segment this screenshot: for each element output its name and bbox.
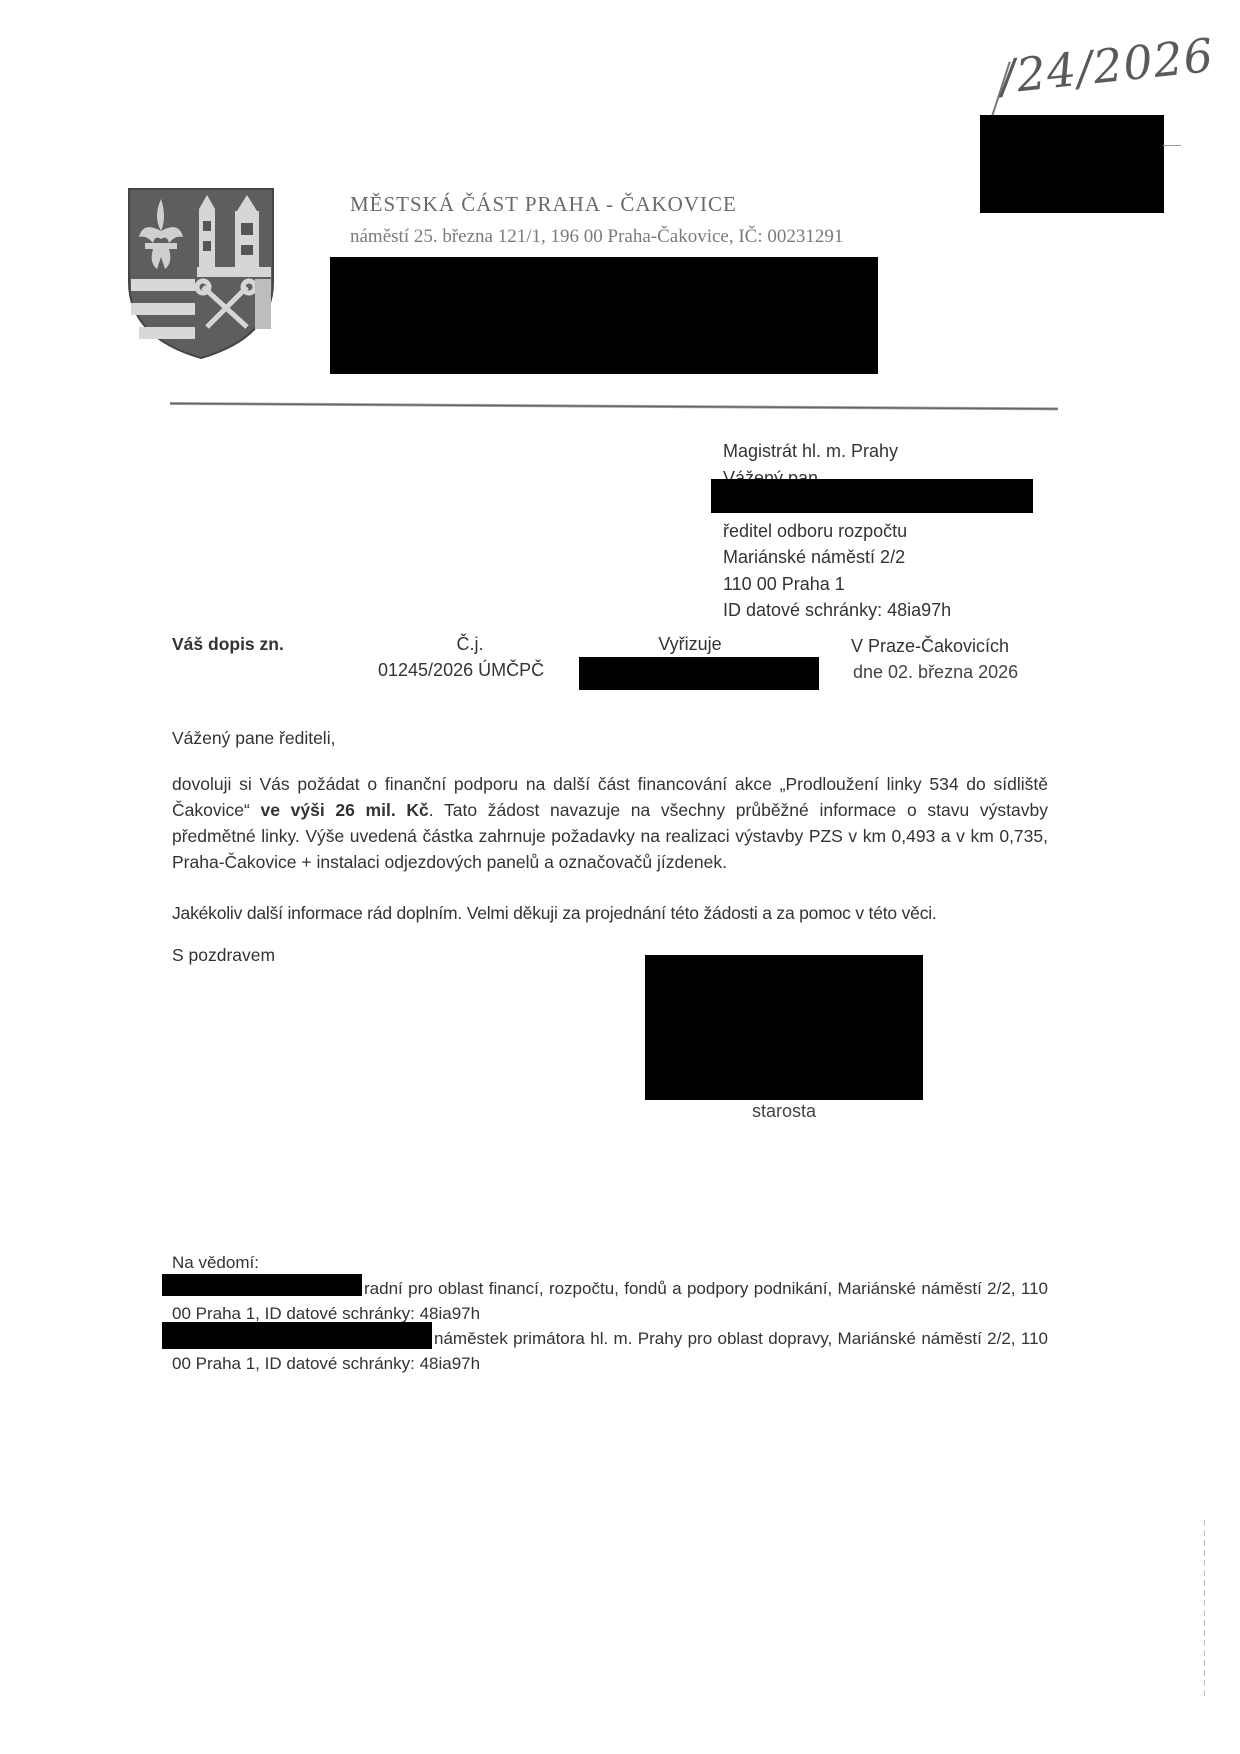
recipient-line: Magistrát hl. m. Prahy (723, 438, 951, 465)
handwritten-number: /24/2026 (997, 28, 1216, 104)
recipient-line: 110 00 Praha 1 (723, 571, 951, 598)
recipient-line: ID datové schránky: 48ia97h (723, 597, 951, 624)
cc-label: Na vědomí: (172, 1250, 1048, 1275)
signature-redaction (645, 955, 923, 1100)
paragraph-1: dovoluji si Vás požádat o finanční podpo… (172, 771, 1048, 875)
recipient-line: ředitel odboru rozpočtu (723, 518, 951, 545)
salutation: Vážený pane řediteli, (172, 725, 1048, 751)
place: V Praze-Čakovicích (851, 636, 1009, 657)
signature-title: starosta (645, 1101, 923, 1122)
cj-label: Č.j. (370, 634, 570, 655)
organization-address: náměstí 25. března 121/1, 196 00 Praha-Č… (350, 226, 843, 248)
header-divider (170, 402, 1058, 410)
handled-by-label: Vyřizuje (590, 634, 790, 655)
organization-name: MĚSTSKÁ ČÁST PRAHA - ČAKOVICE (350, 192, 737, 217)
date: dne 02. března 2026 (853, 662, 1018, 683)
redaction-block (330, 257, 878, 374)
redaction-block (980, 115, 1164, 213)
redaction-block (162, 1274, 362, 1296)
redaction-block (162, 1322, 432, 1349)
pen-mark (1163, 145, 1181, 146)
scan-artifact (1204, 1520, 1205, 1700)
redaction-block (711, 479, 1033, 513)
redaction-block (579, 657, 819, 690)
recipient-line: Mariánské náměstí 2/2 (723, 544, 951, 571)
recipient-address: Magistrát hl. m. Prahy Vážený pan ředite… (723, 438, 951, 624)
your-letter-label: Váš dopis zn. (172, 634, 284, 655)
cj-value: 01245/2026 ÚMČPČ (378, 660, 544, 681)
coat-of-arms-icon (127, 187, 275, 360)
paragraph-2: Jakékoliv další informace rád doplním. V… (172, 900, 1048, 926)
